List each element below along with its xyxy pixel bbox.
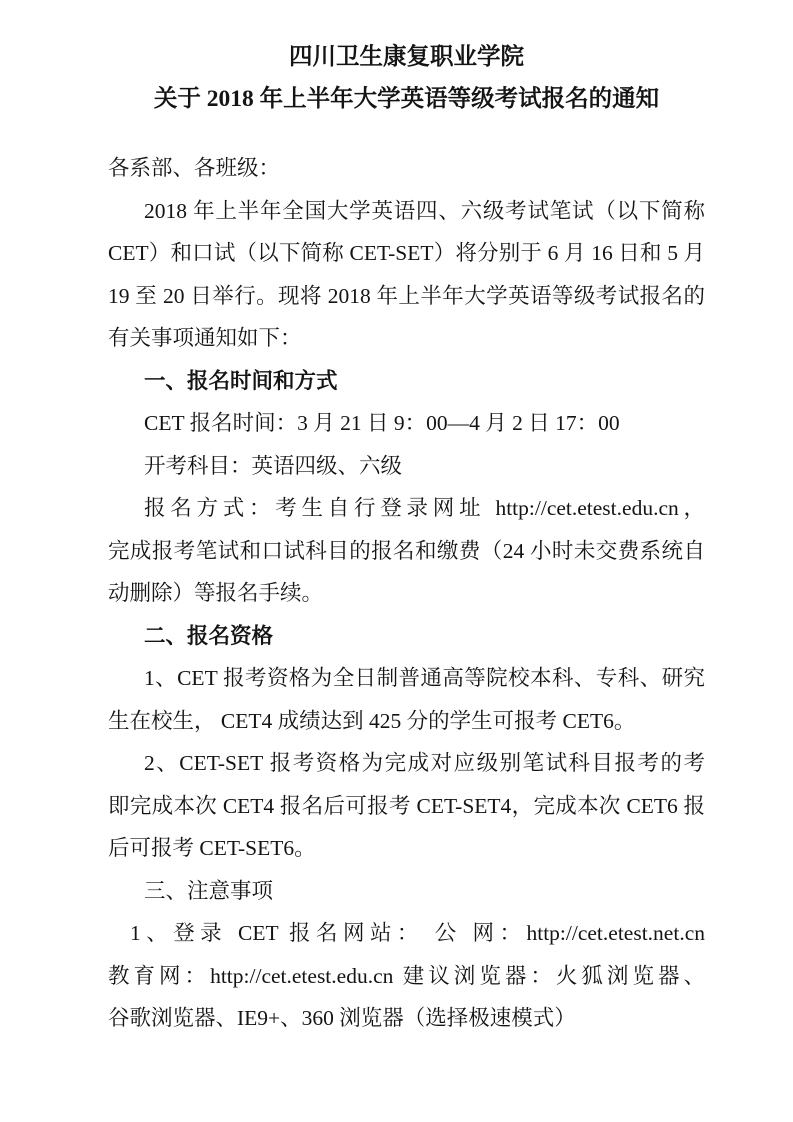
registration-method-line: 报名方式：考生自行登录网址 http://cet.etest.edu.cn， bbox=[108, 487, 705, 530]
eligibility-item-2-line: 2、CET-SET 报考资格为完成对应级别笔试科目报考的考生， bbox=[108, 742, 705, 785]
doc-body: 各系部、各班级： 2018 年上半年全国大学英语四、六级考试笔试（以下简称 CE… bbox=[108, 147, 705, 1040]
registration-method-line: 动删除）等报名手续。 bbox=[108, 572, 705, 615]
document-page: 四川卫生康复职业学院 关于 2018 年上半年大学英语等级考试报名的通知 各系部… bbox=[0, 0, 793, 1122]
doc-subtitle: 关于 2018 年上半年大学英语等级考试报名的通知 bbox=[108, 78, 705, 120]
notes-item-1-line: 1、登录 CET 报名网站： 公 网：http://cet.etest.net.… bbox=[108, 912, 705, 955]
intro-paragraph-line: 有关事项通知如下： bbox=[108, 317, 705, 360]
notice-document: 四川卫生康复职业学院 关于 2018 年上半年大学英语等级考试报名的通知 各系部… bbox=[108, 36, 705, 1040]
notes-item-1-line: 教育网：http://cet.etest.edu.cn 建议浏览器：火狐浏览器、 bbox=[108, 955, 705, 998]
eligibility-item-1-line: 1、CET 报考资格为全日制普通高等院校本科、专科、研究 bbox=[108, 657, 705, 700]
eligibility-item-2-line: 后可报考 CET-SET6。 bbox=[108, 827, 705, 870]
section-heading-3: 三、注意事项 bbox=[108, 870, 705, 913]
registration-method-line: 完成报考笔试和口试科目的报名和缴费（24 小时未交费系统自 bbox=[108, 530, 705, 573]
section-heading-2: 二、报名资格 bbox=[108, 615, 705, 658]
eligibility-item-2-line: 即完成本次 CET4 报名后可报考 CET-SET4，完成本次 CET6 报名 bbox=[108, 785, 705, 828]
registration-time-line: CET 报名时间：3 月 21 日 9：00—4 月 2 日 17：00 bbox=[108, 402, 705, 445]
intro-paragraph-line: 2018 年上半年全国大学英语四、六级考试笔试（以下简称 bbox=[108, 190, 705, 233]
doc-title: 四川卫生康复职业学院 bbox=[108, 36, 705, 78]
exam-subjects-line: 开考科目：英语四级、六级 bbox=[108, 445, 705, 488]
intro-paragraph-line: 19 至 20 日举行。现将 2018 年上半年大学英语等级考试报名的 bbox=[108, 275, 705, 318]
eligibility-item-1-line: 生在校生， CET4 成绩达到 425 分的学生可报考 CET6。 bbox=[108, 700, 705, 743]
section-heading-1: 一、报名时间和方式 bbox=[108, 360, 705, 403]
notes-item-1-line: 谷歌浏览器、IE9+、360 浏览器（选择极速模式） bbox=[108, 997, 705, 1040]
intro-paragraph-line: CET）和口试（以下简称 CET-SET）将分别于 6 月 16 日和 5 月 bbox=[108, 232, 705, 275]
salutation-line: 各系部、各班级： bbox=[108, 147, 705, 190]
